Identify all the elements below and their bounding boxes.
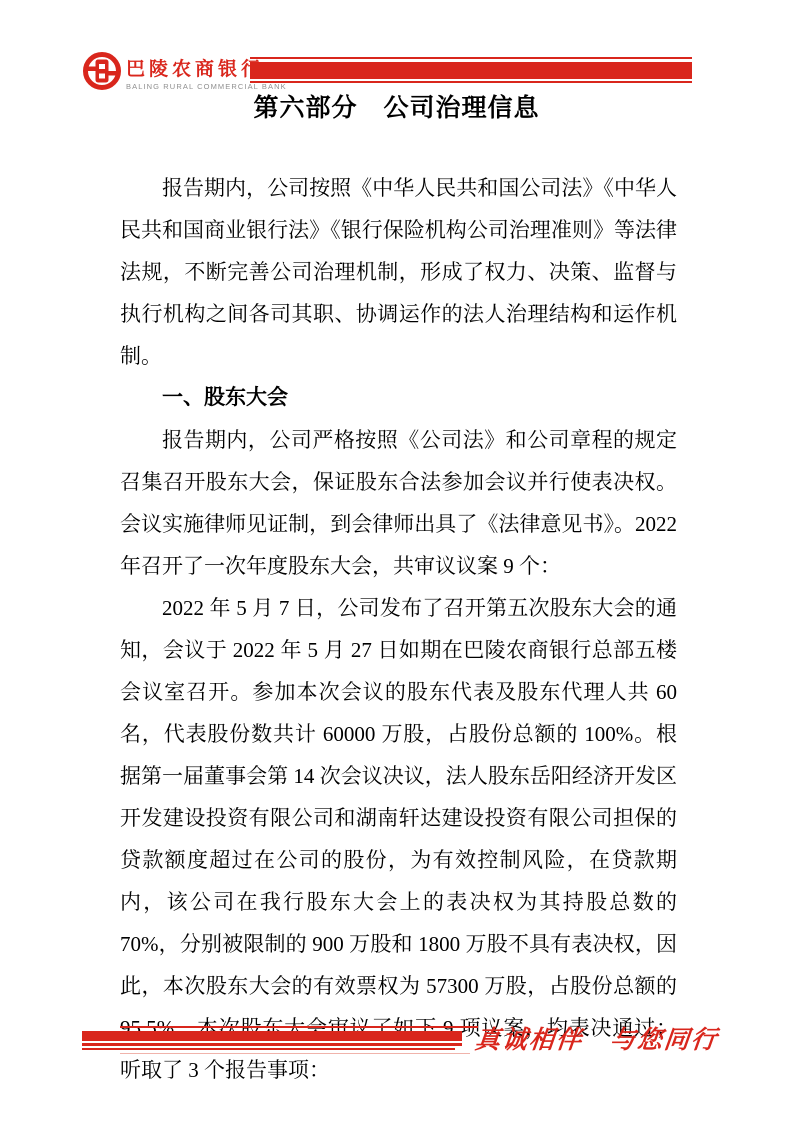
bank-name-english: BALING RURAL COMMERCIAL BANK bbox=[126, 82, 386, 91]
header-rule-thin-bottom bbox=[250, 81, 692, 83]
section-heading-shareholders-meeting: 一、股东大会 bbox=[120, 377, 677, 419]
bank-logo-icon bbox=[82, 51, 122, 91]
footer-rule-thin-bottom bbox=[82, 1048, 455, 1050]
page-title: 第六部分 公司治理信息 bbox=[0, 93, 793, 125]
paragraph-meeting-details: 2022 年 5 月 7 日，公司发布了召开第五次股东大会的通知，会议于 202… bbox=[120, 587, 677, 1091]
document-page: 巴陵农商银行 BALING RURAL COMMERCIAL BANK 第六部分… bbox=[0, 0, 793, 1122]
header-rule-bar bbox=[250, 62, 692, 79]
footer-rule-pale bbox=[120, 1053, 470, 1054]
footer-rule-bar bbox=[82, 1031, 462, 1046]
body-text: 报告期内，公司按照《中华人民共和国公司法》《中华人民共和国商业银行法》《银行保险… bbox=[120, 167, 677, 1091]
paragraph-governance-overview: 报告期内，公司按照《中华人民共和国公司法》《中华人民共和国商业银行法》《银行保险… bbox=[120, 167, 677, 377]
footer-slogan: 真诚相伴 与您同行 bbox=[473, 1024, 717, 1058]
paragraph-meeting-procedure: 报告期内，公司严格按照《公司法》和公司章程的规定召集召开股东大会，保证股东合法参… bbox=[120, 419, 677, 587]
footer-rule-thin-top bbox=[120, 1026, 478, 1028]
header-rule-thin-top bbox=[250, 57, 692, 59]
